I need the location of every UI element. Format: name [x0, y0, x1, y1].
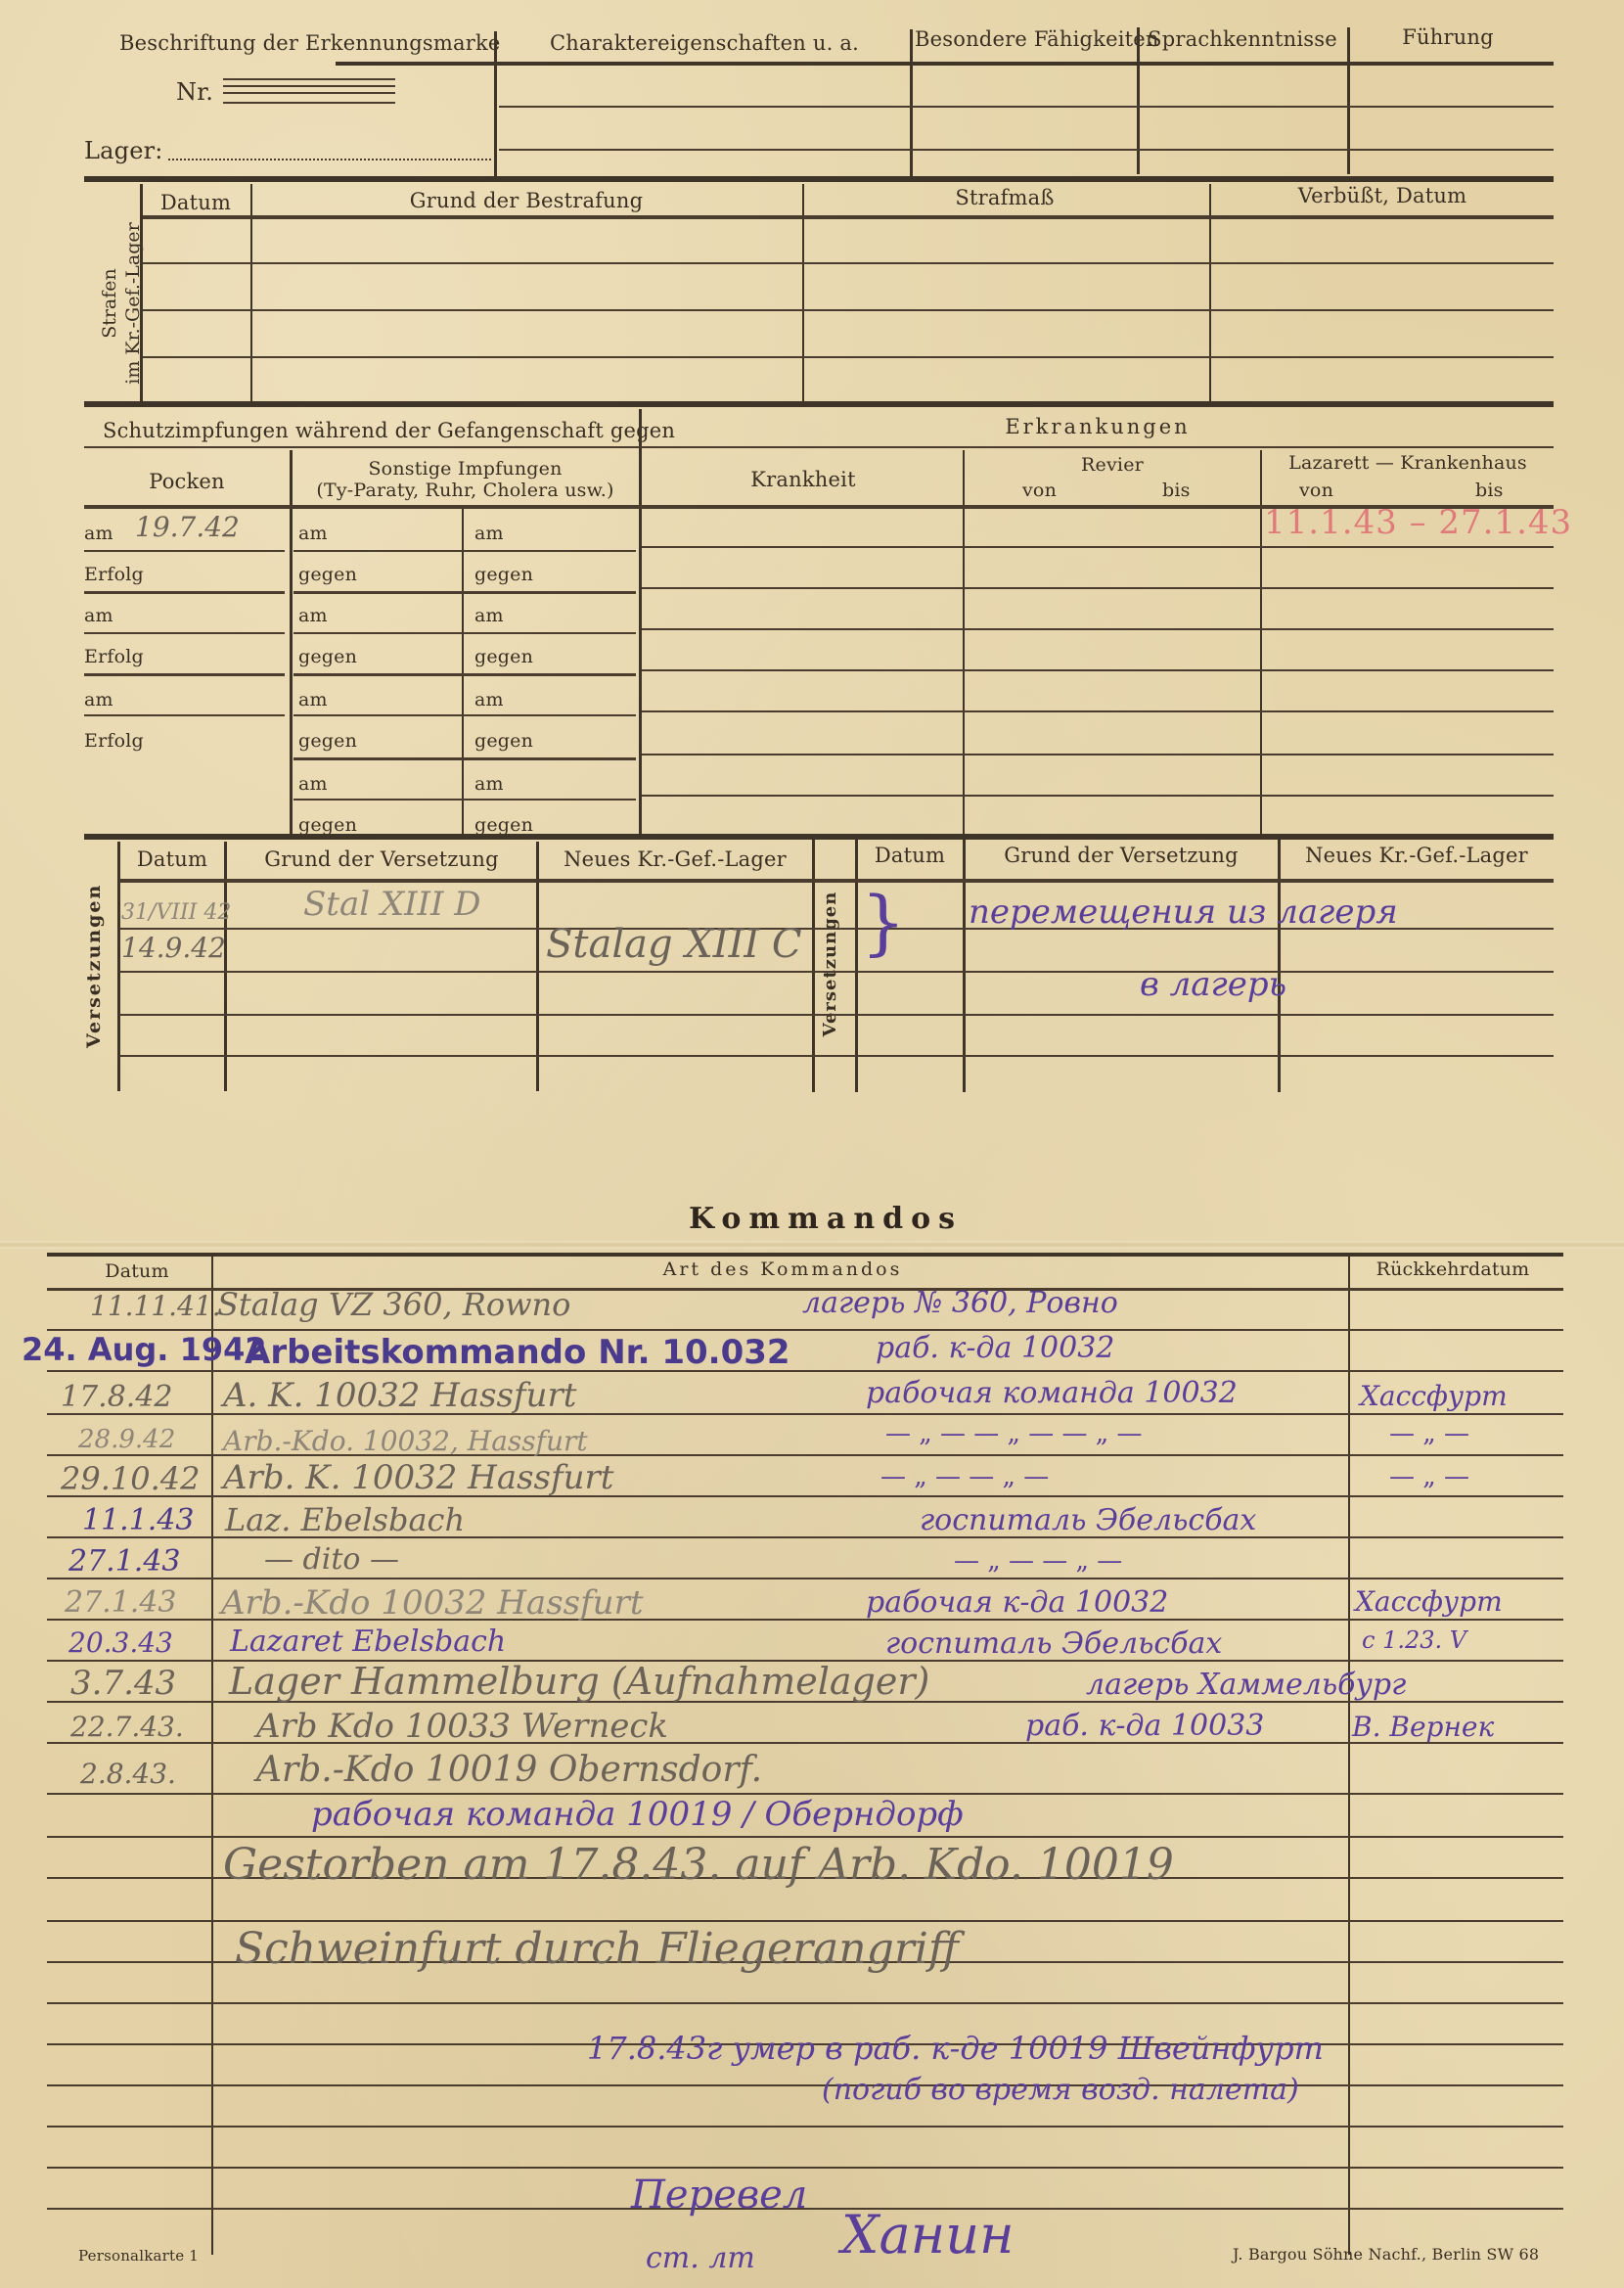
kommando-datum: 28.9.42	[78, 1425, 175, 1454]
kommando-rueckkehr: Хассфурт	[1355, 1585, 1503, 1618]
kommando-art-ru: рабочая к-да 10032	[866, 1585, 1168, 1620]
printer-imprint: J. Bargou Söhne Nachf., Berlin SW 68	[1233, 2245, 1539, 2264]
kommando-datum: 27.1.43	[65, 1585, 177, 1620]
kommando-art-ru: лагерь Хаммельбург	[1086, 1668, 1406, 1702]
kommando-art-de: A. K. 10032 Hassfurt	[223, 1376, 576, 1415]
kommando-datum: 29.10.42	[61, 1460, 201, 1497]
kommando-art-ru: — „ — — „ —	[880, 1462, 1049, 1491]
kommando-art-ru: раб. к-да 10032	[876, 1331, 1114, 1365]
sonstige-row-label: gegen	[474, 564, 533, 585]
versetzung-datum: 14.9.42	[121, 932, 226, 964]
versetzungen-col-grund-right: Grund der Versetzung	[965, 844, 1278, 867]
kommando-art-de: Lazaret Ebelsbach	[230, 1624, 506, 1659]
nr-field-lines	[223, 78, 395, 104]
kommando-art-ru: лагерь № 360, Ровно	[802, 1286, 1118, 1320]
signature-name: Ханин	[841, 2204, 1015, 2265]
kommando-datum: 22.7.43.	[70, 1711, 184, 1743]
pocken-label: Pocken	[84, 470, 290, 493]
kommandos-col-datum: Datum	[59, 1260, 215, 1282]
kommando-datum: 2.8.43.	[80, 1758, 176, 1790]
versetzung-lager: Stalag XIII C	[546, 922, 801, 967]
pocken-row-label: Erfolg	[84, 646, 144, 667]
strafen-col-datum: Datum	[143, 191, 248, 214]
kommando-art-de: Arb.-Kdo 10019 Obernsdorf.	[256, 1750, 762, 1790]
kommando-datum-stamp: 24. Aug. 1942	[22, 1331, 267, 1368]
header-col-fuehrung: Führung	[1350, 25, 1546, 49]
sonstige-row-label: am	[474, 605, 504, 626]
strafen-side-label: Strafen im Kr.-Gef.-Lager	[98, 206, 157, 401]
revier-bis: bis	[1162, 480, 1191, 501]
sonstige-sub: (Ty-Paraty, Ruhr, Cholera usw.)	[292, 480, 639, 501]
sonstige-row-label: gegen	[298, 730, 357, 752]
versetzungen-col-lager-right: Neues Kr.-Gef.-Lager	[1280, 844, 1554, 867]
versetzungen-col-grund-left: Grund der Versetzung	[226, 847, 537, 871]
kommando-art-ru: раб. к-да 10033	[1025, 1709, 1264, 1743]
kommando-art-ru: рабочая команда 10032	[866, 1376, 1238, 1410]
pocken-row-label: am	[84, 689, 113, 710]
kommando-art-de: Schweinfurt durch Fliegerangriff	[235, 1924, 959, 1974]
versetzung-grund: перемещения из лагеря	[969, 892, 1398, 932]
versetzungen-side-label-left: Versetzungen	[83, 892, 113, 1048]
lazarett-von: von	[1299, 480, 1333, 501]
versetzungen-side-label-right: Versetzungen	[820, 886, 849, 1042]
kommando-rueckkehr: — „ —	[1389, 1462, 1469, 1491]
kommando-art-ru: (погиб во время возд. налета)	[822, 2073, 1299, 2107]
sonstige-row-label: gegen	[474, 814, 533, 836]
header-col-sprachkenntnisse: Sprachkenntnisse	[1140, 27, 1345, 51]
sonstige-row-label: gegen	[474, 646, 533, 667]
versetzungen-col-datum-right: Datum	[857, 844, 963, 867]
sonstige-row-label: am	[298, 689, 328, 710]
sonstige-row-label: am	[474, 773, 504, 795]
kommando-art-de: Arb. K. 10032 Hassfurt	[223, 1458, 613, 1497]
kommando-art-ru: 17.8.43г умер в раб. к-де 10019 Швейнфур…	[587, 2030, 1324, 2067]
kommando-datum: 11.11.41.	[90, 1290, 221, 1322]
form-name: Personalkarte 1	[78, 2247, 199, 2265]
nr-label: Nr.	[176, 78, 213, 106]
header-col-charakter: Charaktereigenschaften u. a.	[499, 31, 910, 55]
pocken-date: 19.7.42	[135, 511, 240, 543]
erkennungsmarke-label: Beschriftung der Erkennungsmarke	[119, 31, 501, 55]
kommando-art-ru: — „ — — „ — — „ —	[885, 1419, 1143, 1448]
sonstige-row-label: am	[298, 605, 328, 626]
kommando-art-de: Arb.-Kdo 10032 Hassfurt	[221, 1583, 644, 1623]
kommando-art-ru: рабочая команда 10019 / Оберндорф	[311, 1795, 964, 1834]
impfungen-title: Schutzimpfungen während der Gefangenscha…	[103, 419, 675, 442]
kommando-rueckkehr: В. Вернек	[1352, 1711, 1494, 1743]
lazarett-entry: 11.1.43 – 27.1.43	[1264, 503, 1572, 542]
kommando-art-de: Laz. Ebelsbach	[225, 1501, 465, 1538]
kommando-datum: 20.3.43	[68, 1626, 173, 1659]
sonstige-row-label: am	[474, 689, 504, 710]
versetzung-datum: }	[861, 881, 906, 963]
versetzungen-col-datum-left: Datum	[119, 847, 225, 871]
kommandos-title: Kommandos	[689, 1202, 963, 1236]
sonstige-row-label: gegen	[298, 646, 357, 667]
sonstige-row-label: am	[474, 523, 504, 544]
kommandos-col-rueckkehr: Rückkehrdatum	[1350, 1258, 1556, 1280]
lazarett-label: Lazarett — Krankenhaus	[1262, 452, 1554, 474]
sonstige-label: Sonstige Impfungen	[292, 458, 639, 480]
kommando-rueckkehr: Хассфурт	[1360, 1380, 1508, 1412]
revier-von: von	[1022, 480, 1057, 501]
versetzungen-col-lager-left: Neues Kr.-Gef.-Lager	[538, 847, 812, 871]
lager-field	[168, 159, 491, 160]
versetzung-grund: в лагерь	[1140, 965, 1286, 1004]
kommando-art-stamp: Arbeitskommando Nr. 10.032	[245, 1333, 790, 1372]
erkrankungen-title: Erkrankungen	[642, 415, 1554, 438]
signature-perevel: Перевел	[631, 2173, 807, 2218]
kommando-art-de: Arb Kdo 10033 Werneck	[256, 1707, 668, 1746]
kommandos-col-art: Art des Kommandos	[215, 1258, 1350, 1280]
header-col-faehigkeiten: Besondere Fähigkeiten	[915, 27, 1135, 51]
pocken-row-label: am	[84, 605, 113, 626]
pocken-row-label: Erfolg	[84, 730, 144, 752]
kommando-datum: 3.7.43	[70, 1664, 176, 1703]
kommando-art-de: Lager Hammelburg (Aufnahmelager)	[229, 1660, 929, 1703]
strafen-col-grund: Grund der Bestrafung	[252, 189, 800, 212]
strafen-col-strafmass: Strafmaß	[804, 186, 1205, 209]
strafen-col-verbuesst: Verbüßt, Datum	[1211, 184, 1554, 207]
kommando-art-ru: — „ — — „ —	[954, 1546, 1122, 1576]
sonstige-row-label: gegen	[474, 730, 533, 752]
sonstige-row-label: am	[298, 523, 328, 544]
kommando-art-ru: госпиталь Эбельсбах	[920, 1503, 1256, 1537]
sonstige-row-label: am	[298, 773, 328, 795]
kommando-datum: 27.1.43	[68, 1544, 181, 1579]
kommando-art-de: Arb.-Kdo. 10032, Hassfurt	[223, 1425, 588, 1457]
sonstige-row-label: gegen	[298, 564, 357, 585]
kommando-art-de: Stalag VZ 360, Rowno	[217, 1286, 570, 1323]
lazarett-bis: bis	[1475, 480, 1504, 501]
kommando-datum: 17.8.42	[61, 1380, 173, 1414]
kommando-rueckkehr: — „ —	[1389, 1419, 1469, 1448]
pocken-row-label: Erfolg	[84, 564, 144, 585]
pocken-row-label: am	[84, 523, 113, 544]
kommando-rueckkehr: с 1.23. V	[1362, 1626, 1466, 1654]
strafen-label: Strafen	[98, 206, 121, 401]
signature-rank: ст. лт	[646, 2241, 755, 2275]
kommando-art-de: — dito —	[264, 1542, 399, 1577]
kommando-art-ru: госпиталь Эбельсбах	[885, 1626, 1222, 1661]
lager-label: Lager:	[84, 137, 163, 164]
versetzung-datum: 31/VIII 42	[121, 900, 231, 925]
kommando-art-de: Gestorben am 17.8.43. auf Arb. Kdo. 1001…	[223, 1840, 1174, 1890]
versetzung-grund: Stal XIII D	[303, 885, 480, 924]
krankheit-label: Krankheit	[642, 468, 965, 491]
kommando-datum: 11.1.43	[82, 1503, 195, 1537]
sonstige-row-label: gegen	[298, 814, 357, 836]
revier-label: Revier	[965, 454, 1260, 476]
